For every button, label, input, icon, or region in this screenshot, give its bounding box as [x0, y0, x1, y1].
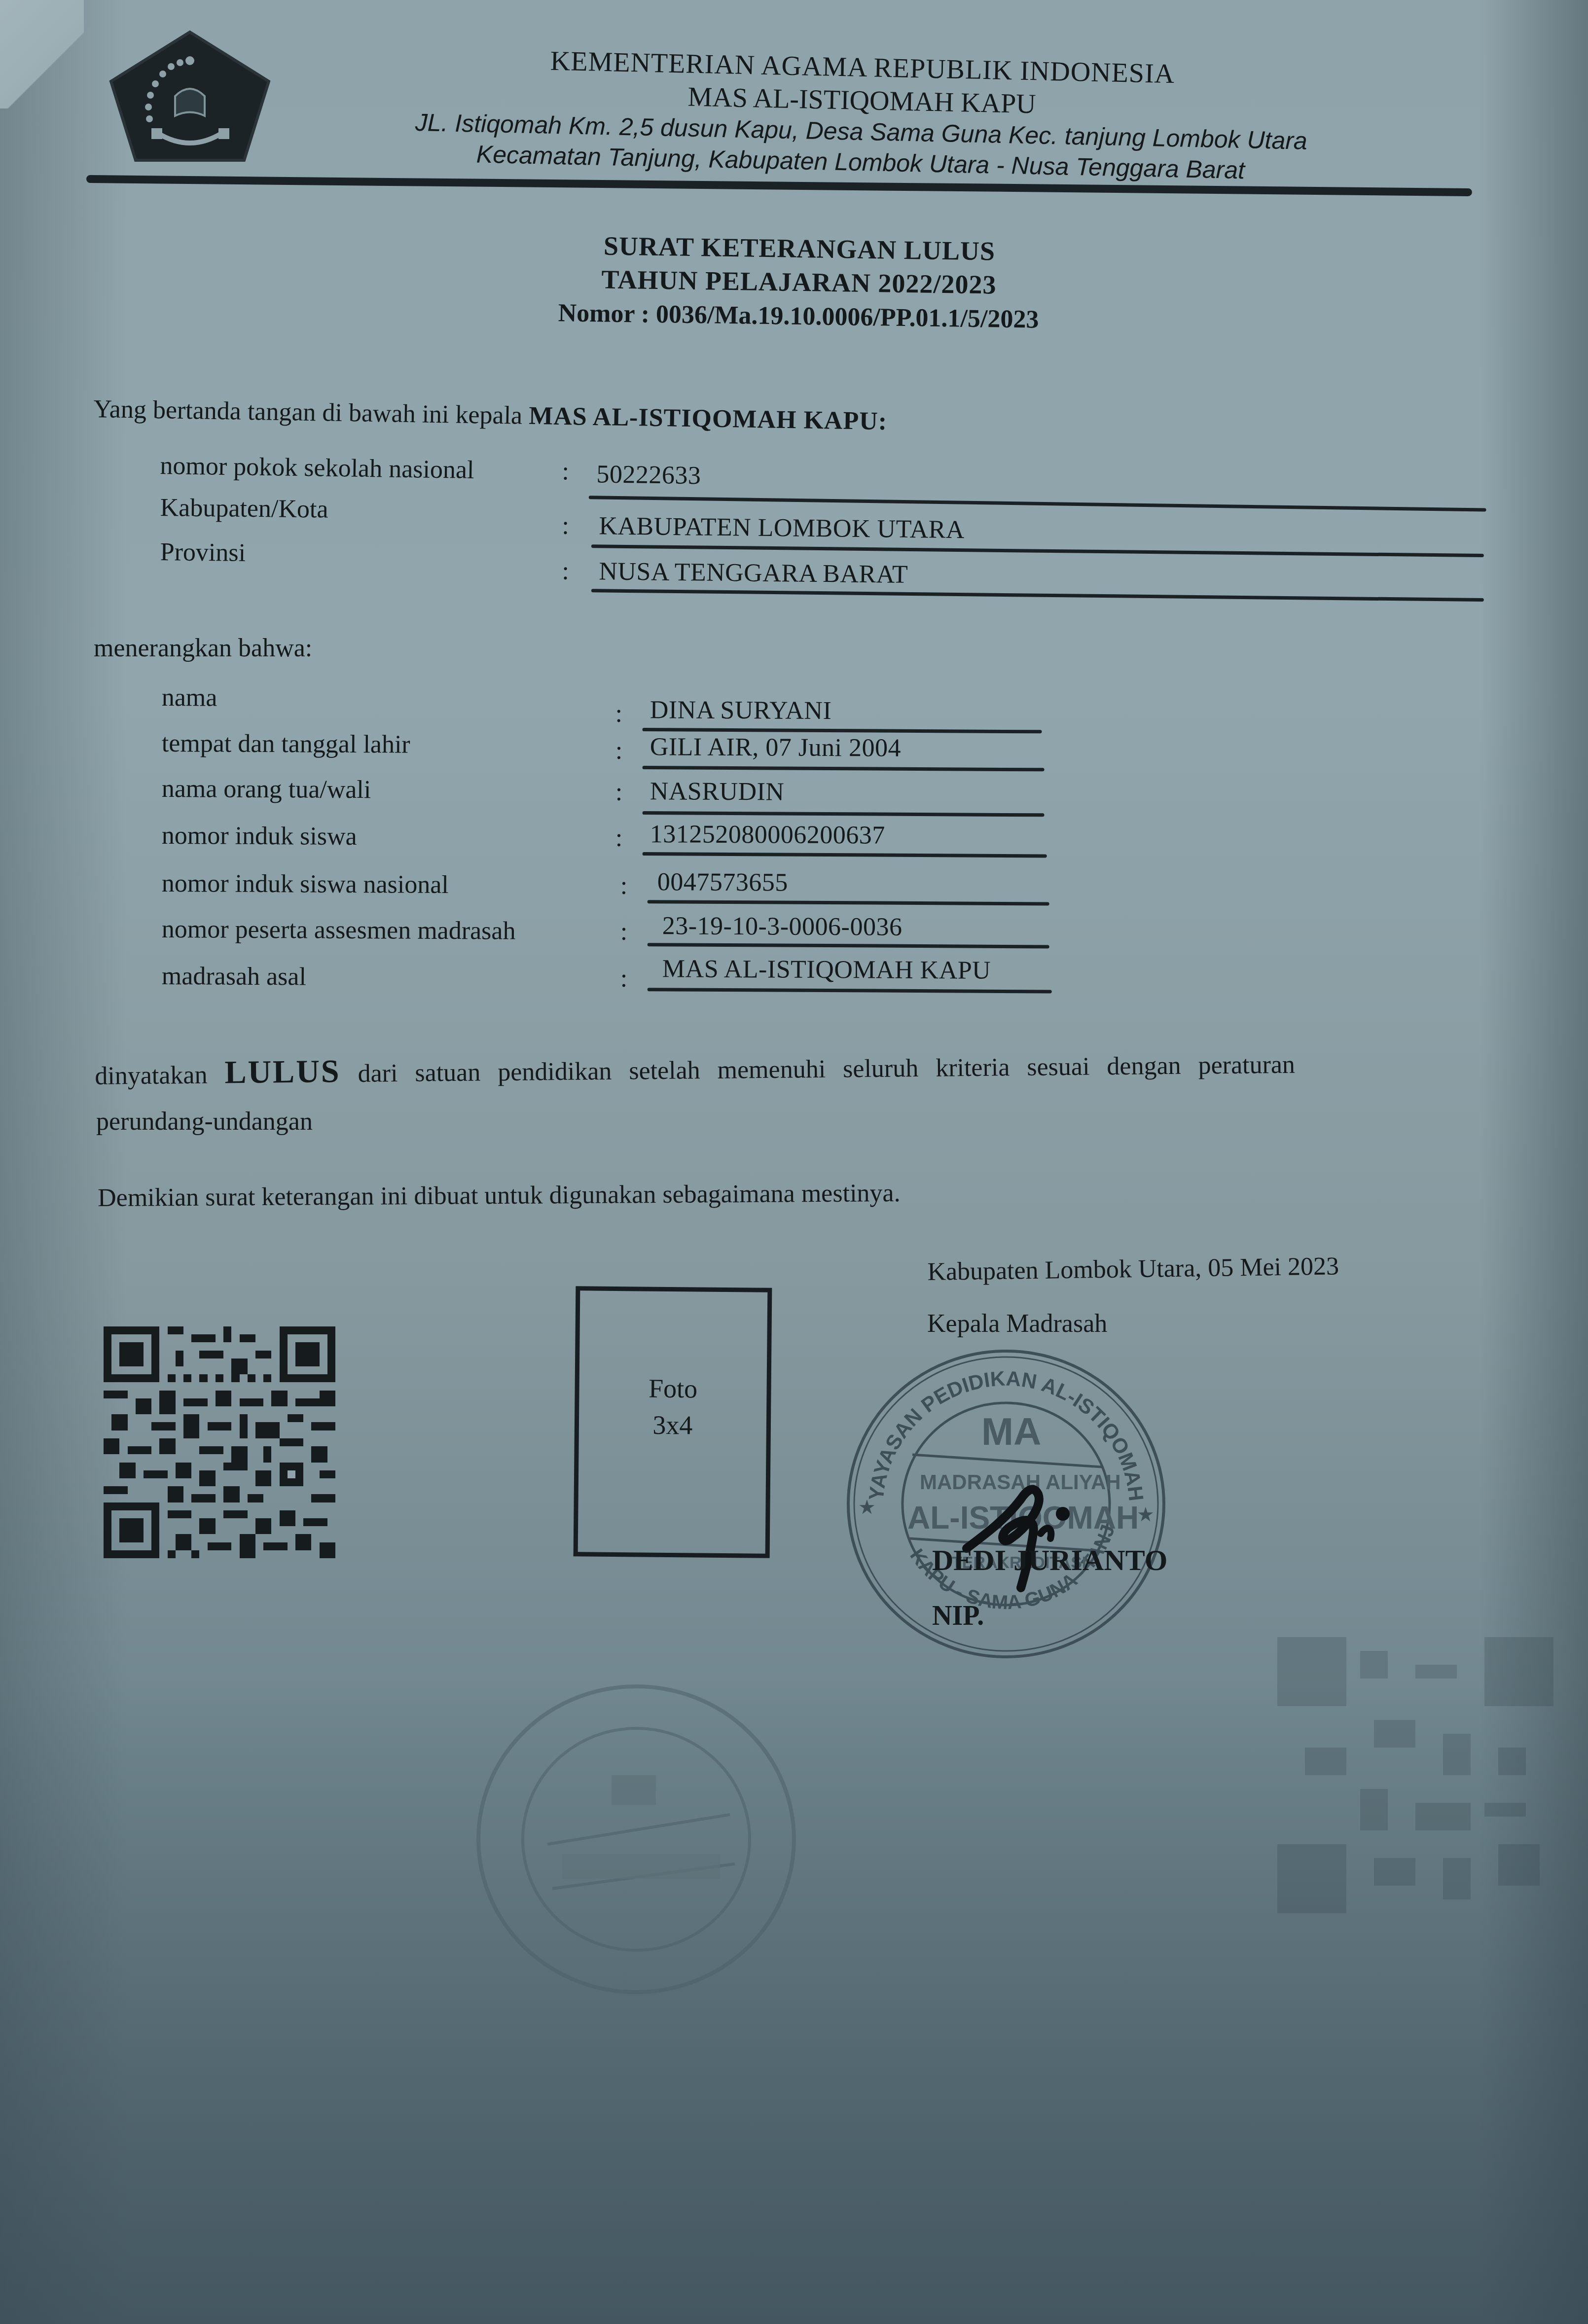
- svg-text:★: ★: [1137, 1503, 1155, 1526]
- field-underline: [589, 496, 1486, 511]
- field-colon: :: [562, 511, 569, 540]
- photo-placeholder: Foto 3x4: [574, 1286, 772, 1558]
- statement-intro: menerangkan bahwa:: [94, 634, 312, 663]
- stamp-center-top: MA: [981, 1410, 1041, 1453]
- field-label: nomor pokok sekolah nasional: [160, 451, 474, 485]
- field-value: 131252080006200637: [650, 820, 885, 850]
- field-underline: [591, 544, 1484, 557]
- field-underline: [648, 943, 1049, 948]
- declaration-rest: dari satuan pendidikan setelah memenuhi …: [358, 1051, 1295, 1088]
- intro-sentence: Yang bertanda tangan di bawah ini kepala…: [93, 394, 887, 436]
- paper-corner: [0, 0, 84, 108]
- field-nomor-peserta: nomor peserta assesmen madrasah : 23-19-…: [162, 915, 516, 946]
- field-ttl: tempat dan tanggal lahir : GILI AIR, 07 …: [162, 729, 410, 759]
- field-colon: :: [562, 557, 569, 586]
- field-madrasah-asal: madrasah asal : MAS AL-ISTIQOMAH KAPU: [162, 962, 306, 992]
- lulus-status: LULUS: [224, 1053, 341, 1090]
- field-underline: [643, 811, 1045, 817]
- field-npsn: nomor pokok sekolah nasional : 50222633: [160, 451, 474, 485]
- field-colon: :: [620, 871, 628, 900]
- field-nisn: nomor induk siswa nasional : 0047573655: [162, 869, 449, 899]
- field-colon: :: [615, 778, 623, 807]
- document-title: SURAT KETERANGAN LULUS TAHUN PELAJARAN 2…: [453, 227, 1145, 339]
- place-and-date: Kabupaten Lombok Utara, 05 Mei 2023: [927, 1251, 1339, 1287]
- field-label: tempat dan tanggal lahir: [162, 729, 410, 759]
- declaration-line-1: dinyatakan LULUS dari satuan pendidikan …: [95, 1044, 1295, 1093]
- field-underline: [643, 852, 1047, 858]
- signer-role: Kepala Madrasah: [927, 1309, 1107, 1338]
- field-colon: :: [615, 736, 623, 765]
- field-colon: :: [620, 917, 628, 946]
- field-underline: [591, 589, 1484, 602]
- field-orang-tua: nama orang tua/wali : NASRUDIN: [162, 774, 371, 804]
- field-colon: :: [620, 964, 628, 993]
- field-label: Provinsi: [160, 537, 246, 568]
- photo-label-1: Foto: [579, 1369, 767, 1407]
- field-value: KABUPATEN LOMBOK UTARA: [599, 511, 965, 544]
- declaration-line-2: perundang-undangan: [96, 1107, 313, 1136]
- field-nama: nama : DINA SURYANI: [162, 683, 217, 713]
- declaration-prefix: dinyatakan: [95, 1061, 208, 1090]
- field-label: nama: [162, 683, 217, 713]
- signer-name: DEDI JURIANTO: [932, 1543, 1167, 1577]
- faint-qr-icon: [1277, 1637, 1553, 1913]
- field-value: NASRUDIN: [650, 777, 785, 806]
- kemenag-logo-icon: [106, 27, 274, 165]
- intro-school: MAS AL-ISTIQOMAH KAPU:: [529, 402, 888, 435]
- field-label: Kabupaten/Kota: [160, 493, 328, 524]
- field-underline: [648, 900, 1049, 905]
- field-label: nomor peserta assesmen madrasah: [162, 915, 516, 946]
- field-value: 50222633: [596, 460, 701, 490]
- field-label: madrasah asal: [162, 962, 306, 992]
- field-value: MAS AL-ISTIQOMAH KAPU: [662, 954, 991, 985]
- letterhead: KEMENTERIAN AGAMA REPUBLIK INDONESIA MAS…: [343, 39, 1381, 188]
- closing-sentence: Demikian surat keterangan ini dibuat unt…: [98, 1179, 901, 1213]
- field-value: GILI AIR, 07 Juni 2004: [650, 732, 902, 763]
- field-label: nama orang tua/wali: [162, 774, 371, 804]
- field-colon: :: [615, 699, 623, 728]
- field-underline: [648, 988, 1052, 993]
- field-underline: [643, 766, 1045, 771]
- field-colon: :: [615, 823, 623, 853]
- field-label: nomor induk siswa: [162, 821, 357, 851]
- field-value: NUSA TENGGARA BARAT: [599, 557, 908, 589]
- qr-code-icon: [101, 1326, 338, 1558]
- field-colon: :: [562, 457, 569, 486]
- field-value: 0047573655: [657, 867, 788, 897]
- intro-text: Yang bertanda tangan di bawah ini kepala: [93, 395, 523, 430]
- faint-stamp-icon: [464, 1667, 809, 2012]
- field-nis: nomor induk siswa : 131252080006200637: [162, 821, 357, 851]
- signer-nip: NIP.: [932, 1600, 984, 1632]
- field-provinsi: Provinsi : NUSA TENGGARA BARAT: [160, 537, 246, 568]
- svg-text:★: ★: [858, 1496, 876, 1518]
- photo-label-2: 3x4: [579, 1406, 767, 1444]
- field-value: 23-19-10-3-0006-0036: [662, 911, 902, 942]
- field-kabupaten: Kabupaten/Kota : KABUPATEN LOMBOK UTARA: [160, 493, 328, 524]
- field-value: DINA SURYANI: [650, 695, 832, 725]
- field-label: nomor induk siswa nasional: [162, 869, 449, 899]
- photo-placeholder-label: Foto 3x4: [579, 1369, 767, 1444]
